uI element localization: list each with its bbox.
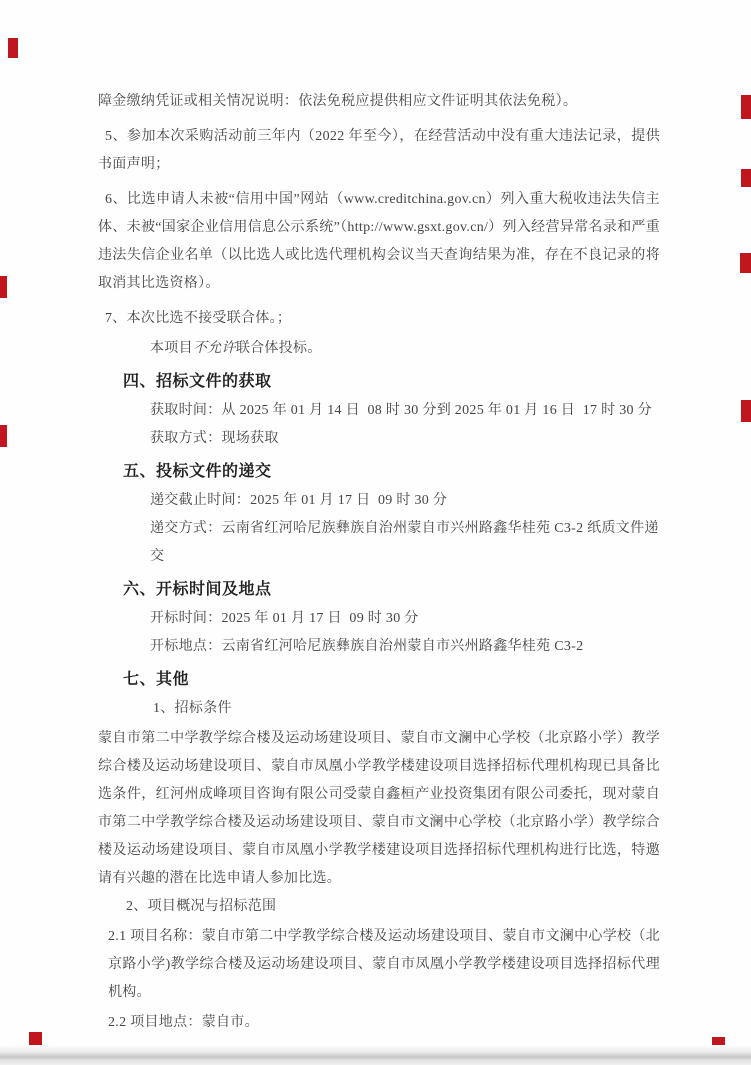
joint-venture-note: 本项目不允许联合体投标。	[150, 335, 660, 363]
scan-artifact-mark	[741, 400, 751, 422]
scan-artifact-mark	[741, 169, 751, 187]
scan-artifact-mark	[0, 425, 7, 447]
other-sub2-2: 2.2 项目地点：蒙自市。	[108, 1009, 660, 1037]
section-7-title: 七、其他	[123, 668, 660, 692]
section-6-line-2: 开标地点：云南省红河哈尼族彝族自治州蒙自市兴州路鑫华桂苑 C3-2	[150, 633, 660, 661]
scan-artifact-mark	[740, 253, 751, 273]
item-7: 7、本次比选不接受联合体。；	[98, 305, 660, 333]
section-6-line-1: 开标时间：2025 年 01 月 17 日 09 时 30 分	[150, 605, 660, 633]
section-5-line-2: 递交方式：云南省红河哈尼族彝族自治州蒙自市兴州路鑫华桂苑 C3-2 纸质文件递交	[150, 515, 660, 571]
other-sub1-paragraph: 蒙自市第二中学教学综合楼及运动场建设项目、蒙自市文澜中心学校（北京路小学）教学综…	[98, 725, 660, 893]
item-5: 5、参加本次采购活动前三年内（2022 年至今），在经营活动中没有重大违法记录，…	[98, 123, 660, 179]
section-6-title: 六、开标时间及地点	[123, 578, 660, 602]
other-sub1-title: 1、招标条件	[153, 695, 660, 723]
scan-artifact-mark	[8, 38, 18, 58]
item-6: 6、比选申请人未被“信用中国”网站（www.creditchina.gov.cn…	[98, 186, 660, 298]
section-5-line-1: 递交截止时间：2025 年 01 月 17 日 09 时 30 分	[150, 487, 660, 515]
document-page: 障金缴纳凭证或相关情况说明：依法免税应提供相应文件证明其依法免税）。 5、参加本…	[98, 88, 660, 1037]
other-sub2-title: 2、项目概况与招标范围	[126, 893, 660, 921]
scan-artifact-mark	[0, 276, 7, 298]
section-4-title: 四、招标文件的获取	[123, 370, 660, 394]
section-4-line-1: 获取时间：从 2025 年 01 月 14 日 08 时 30 分到 2025 …	[150, 397, 660, 425]
paragraph-tail-item4: 障金缴纳凭证或相关情况说明：依法免税应提供相应文件证明其依法免税）。	[98, 88, 660, 116]
scan-artifact-mark	[741, 95, 751, 119]
note-prefix: 本项目	[150, 341, 193, 356]
page-bottom-shadow	[0, 1045, 751, 1065]
other-sub2-1: 2.1 项目名称：蒙自市第二中学教学综合楼及运动场建设项目、蒙自市文澜中心学校（…	[108, 923, 660, 1007]
section-5-title: 五、投标文件的递交	[123, 460, 660, 484]
section-4-line-2: 获取方式：现场获取	[150, 425, 660, 453]
note-emphasis: 不允许	[193, 341, 236, 356]
note-suffix: 联合体投标。	[236, 341, 322, 356]
